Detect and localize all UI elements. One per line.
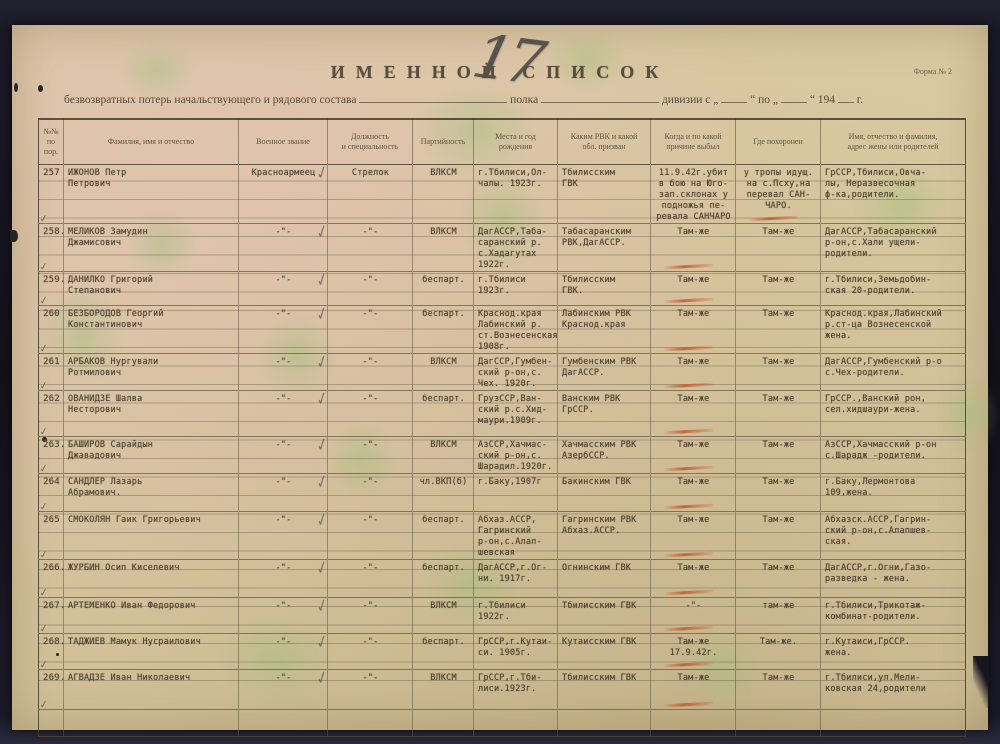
red-pencil-mark [664,345,713,351]
blank-line [541,91,659,103]
cell-text: беспарт. [417,563,470,574]
column-header-rank: Военное звание [239,119,328,164]
cell-birth: Краснод.края Лабинский р. ст.Вознесенска… [474,305,558,353]
cell-rvk: Кутаисским ГВК [558,633,651,669]
cell-text: -"- [243,357,324,368]
cell-casualty: Там-же [651,305,736,353]
cell-text: Стрелок [332,168,409,179]
cell-casualty: Там-же [651,390,736,436]
cell-text: -"- [332,477,409,488]
cell-birth: г.Тбилиси 1923г. [474,271,558,305]
cell-position: -"-✓ [328,390,413,436]
cell-text: ТАДЖИЕВ Мамук Нусраилович [68,637,235,648]
cell-casualty: Там-же [651,511,736,559]
cell-birth: ГрССР,г.Тби- лиси.1923г. [474,669,558,709]
cell-text: Там-же [655,394,732,405]
pencil-check-icon: ✓ [39,425,48,436]
cell-party: ВЛКСМ [413,597,474,633]
cell-name: МЕЛИКОВ Замудин Джамисович [64,223,239,271]
cell-text: Красноармеец [243,168,324,179]
cell-text: Табасаранским РВК,ДагАССР. [562,227,647,249]
paper-speck [14,83,18,92]
table-row: 258.✓МЕЛИКОВ Замудин Джамисович-"--"-✓ВЛ… [39,223,966,271]
cell-burial: Там-же [736,353,821,390]
cell-rank: -"- [239,511,328,559]
cell-text: ВЛКСМ [417,440,470,451]
cell-text: Там-же. [740,637,817,648]
cell-text: 263. [43,440,60,451]
cell-text: Кутаисским ГВК [562,637,647,648]
cell-family: ДагАССР,Гумбенский р-о с.Чех-родители. [821,353,966,390]
cell-text: 257 [43,168,60,179]
cell-text: -"- [332,601,409,612]
cell-text: ОВАНИДЗЕ Шалва Несторович [68,394,235,416]
column-header-party: Партийность [413,119,474,164]
cell-name: АРБАКОВ Нургували Ротмилович [64,353,239,390]
cell-text: Огнинским ГВК [562,563,647,574]
cell-text: Там-же [655,515,732,526]
cell-text: Тбилисским ГВК [562,601,647,612]
cell-num: 260✓ [39,305,64,353]
cell-casualty: Там-же [651,473,736,511]
cell-text: Тбилисским ГВК. [562,275,647,297]
cell-birth: г.Тбилиси,Ол- чалы. 1923г. [474,164,558,223]
cell-text: 261 [43,357,60,368]
cell-position: -"-✓ [328,305,413,353]
cell-text: -"- [243,227,324,238]
cell-text: беспарт. [417,275,470,286]
cell-text: -"- [332,309,409,320]
handwritten-page-number: 17 [466,22,546,98]
cell-position: Стрелок✓ [328,164,413,223]
cell-birth: ГрССР,г.Кутаи- си. 1905г. [474,633,558,669]
cell-rank: -"- [239,390,328,436]
cell-burial: Там-же [736,669,821,709]
cell-party: беспарт. [413,633,474,669]
column-header-name: Фамилия, имя и отчество [64,119,239,164]
cell-name: БАШИРОВ Сарайдын Джавадович [64,436,239,473]
cell-family: г.Баку,Лермонтова 109,жена. [821,473,966,511]
cell-burial: Там-же [736,473,821,511]
cell-text: Абхазск.АССР,Гагрин- ский р-он,с.Алапшев… [825,515,962,548]
cell-text: ВЛКСМ [417,357,470,368]
table-row: 257✓ИЖОНОВ Петр ПетровичКрасноармеецСтре… [39,164,966,223]
cell-casualty: Там-же [651,559,736,597]
column-header-casualty: Когда и по какой причине выбыл [651,119,736,164]
cell-text: 268. [43,637,60,648]
table-row: 264✓САНДЛЕР Лазарь Абрамович.-"--"-✓чл.В… [39,473,966,511]
cell-text: ДагАССР,Таба- саранский р. с.Хадагутах 1… [478,227,554,271]
cell-rank: -"- [239,223,328,271]
red-pencil-mark [664,589,713,595]
cell-text: Там-же [655,275,732,286]
cell-text: г.Тбилиси,Трикотаж- комбинат-родители. [825,601,962,623]
red-pencil-mark [664,625,713,631]
cell-burial: Там-же [736,305,821,353]
red-pencil-mark [664,701,713,707]
table-row: 259.✓ДАНИЛКО Григорий Степанович-"--"-✓б… [39,271,966,305]
cell-text: беспарт. [417,515,470,526]
cell-text: -"- [243,477,324,488]
cell-text: САНДЛЕР Лазарь Абрамович. [68,477,235,499]
pencil-check-icon: ✓ [39,622,48,633]
cell-text: у тропы идущ. на с.Псху,на перевал САН- … [740,168,817,212]
red-pencil-mark [664,428,713,434]
pencil-check-icon: ✓ [39,212,48,223]
cell-casualty: Там-же [651,436,736,473]
cell-text: Там-же [655,440,732,451]
cell-text: ГрузССР,Ван- ский р.с.Хид- маури.1909г. [478,394,554,427]
table-row: 266.✓ЖУРБИН Осип Киселевич-"--"-✓беспарт… [39,559,966,597]
cell-burial: Там-же. [736,633,821,669]
cell-casualty: Там-же [651,223,736,271]
cell-text: Хачмасским РВК АзербССР. [562,440,647,462]
cell-family: г.Тбилиси,Земьдобин- ская 20-родители. [821,271,966,305]
cell-position: -"-✓ [328,436,413,473]
subtitle-text: безвозвратных потерь начальствующего и р… [64,94,356,106]
cell-position: -"-✓ [328,669,413,709]
cell-text: АзССР,Хачмасский р-он с.Шарадж -родители… [825,440,962,462]
cell-text: АГВАДЗЕ Иван Николаевич [68,673,235,684]
cell-text: АРБАКОВ Нургували Ротмилович [68,357,235,379]
cell-rank: -"- [239,597,328,633]
cell-name: СМОКОЛЯН Гаик Григорьевич [64,511,239,559]
form-number-label: Форма № 2 [914,67,952,76]
cell-rvk: Тбилисским ГВК [558,597,651,633]
cell-birth: ГрузССР,Ван- ский р.с.Хид- маури.1909г. [474,390,558,436]
blank-line [359,91,507,103]
cell-text: г.Тбилиси,Земьдобин- ская 20-родители. [825,275,962,297]
cell-text: 265 [43,515,60,526]
cell-text: Лабинским РВК Краснод.края [562,309,647,331]
casualty-table-grid: №№ по пор. Фамилия, имя и отчество Военн… [38,118,966,737]
cell-rank: -"- [239,559,328,597]
pencil-check-icon: ✓ [39,342,48,353]
cell-empty [64,709,239,736]
cell-name: БЕЗБОРОДОВ Георгий Константинович [64,305,239,353]
cell-text: Там-же [740,515,817,526]
paper-speck [38,85,43,92]
blank-line [721,91,747,103]
cell-text: 258. [43,227,60,238]
cell-rvk: Гумбенским РВК ДагАССР. [558,353,651,390]
cell-text: -"- [243,673,324,684]
cell-empty [821,709,966,736]
column-header-position: Должность и специальность [328,119,413,164]
cell-text: -"- [332,227,409,238]
cell-empty [558,709,651,736]
cell-position: -"-✓ [328,559,413,597]
cell-text: 266. [43,563,60,574]
cell-rvk: Тбилисским ГВК. [558,271,651,305]
cell-text: -"- [243,601,324,612]
cell-text: Там-же [655,357,732,368]
cell-birth: АзССР,Хачмас- ский р-он,с. Шарадил.1920г… [474,436,558,473]
cell-position: -"-✓ [328,473,413,511]
cell-text: -"- [332,394,409,405]
cell-text: Там-же [740,394,817,405]
cell-burial: Там-же [736,390,821,436]
cell-num: 264✓ [39,473,64,511]
cell-rvk: Бакинским ГВК [558,473,651,511]
cell-name: ЖУРБИН Осип Киселевич [64,559,239,597]
cell-rank: Красноармеец [239,164,328,223]
cell-text: -"- [332,563,409,574]
pencil-check-icon: ✓ [39,500,48,511]
cell-position: -"-✓ [328,511,413,559]
cell-text: ВЛКСМ [417,168,470,179]
cell-num: 263.✓ [39,436,64,473]
cell-family: г.Тбилиси,Трикотаж- комбинат-родители. [821,597,966,633]
cell-text: ДагАССР,г.Огни,Газо- разведка - жена. [825,563,962,585]
page-title: ИМЕННОЙ СПИСОК [12,62,988,83]
cell-text: чл.ВКП(б) [417,477,470,488]
cell-text: Ванским РВК ГрССР. [562,394,647,416]
table-row: 263.✓БАШИРОВ Сарайдын Джавадович-"--"-✓В… [39,436,966,473]
cell-party: ВЛКСМ [413,353,474,390]
cell-num: 268.✓ [39,633,64,669]
cell-text: ВЛКСМ [417,601,470,612]
cell-rank: -"- [239,271,328,305]
cell-text: ИЖОНОВ Петр Петрович [68,168,235,190]
cell-text: ГрССР,Тбилиси,Овча- лы, Неразвесочная ф-… [825,168,962,201]
column-header-birth: Места и год рождения [474,119,558,164]
cell-text: ДагССР,Гумбен- ский р-он,с. Чех. 1920г. [478,357,554,390]
pencil-check-icon: ✓ [39,294,48,305]
cell-text: -"- [332,275,409,286]
cell-empty [413,709,474,736]
cell-position: -"-✓ [328,271,413,305]
cell-text: -"- [332,515,409,526]
cell-name: ТАДЖИЕВ Мамук Нусраилович [64,633,239,669]
cell-casualty: Там-же [651,669,736,709]
cell-casualty: 11.9.42г.убит в бою на Юго- зап.склонах … [651,164,736,223]
cell-empty [474,709,558,736]
red-pencil-mark [664,661,713,667]
cell-text: -"- [655,601,732,612]
cell-name: ОВАНИДЗЕ Шалва Несторович [64,390,239,436]
cell-text: -"- [243,394,324,405]
cell-num: 261✓ [39,353,64,390]
cell-text: -"- [332,637,409,648]
cell-text: 259. [43,275,60,286]
cell-text: там-же [740,601,817,612]
cell-name: САНДЛЕР Лазарь Абрамович. [64,473,239,511]
cell-text: -"- [332,673,409,684]
cell-text: г.Тбилиси 1922г. [478,601,554,623]
cell-casualty: Там-же [651,353,736,390]
cell-rank: -"- [239,305,328,353]
cell-party: беспарт. [413,305,474,353]
pencil-check-icon: ✓ [39,698,48,709]
cell-birth: ДагАССР,г.Ог- ни. 1917г. [474,559,558,597]
cell-rvk: Лабинским РВК Краснод.края [558,305,651,353]
cell-text: 264 [43,477,60,488]
cell-text: -"- [243,515,324,526]
cell-casualty: Там-же [651,271,736,305]
cell-text: Там-же [740,477,817,488]
cell-text: -"- [243,440,324,451]
cell-rvk: Тбилисским ГВК [558,669,651,709]
cell-text: АзССР,Хачмас- ский р-он,с. Шарадил.1920г… [478,440,554,473]
cell-party: ВЛКСМ [413,164,474,223]
cell-num: 266.✓ [39,559,64,597]
cell-text: ВЛКСМ [417,673,470,684]
cell-text: Там-же 17.9.42г. [655,637,732,659]
red-pencil-mark [664,297,713,303]
cell-text: -"- [243,275,324,286]
cell-rvk: Ванским РВК ГрССР. [558,390,651,436]
pencil-check-icon: ✓ [39,462,48,473]
cell-num: 267.✓ [39,597,64,633]
cell-text: Там-же [655,477,732,488]
cell-text: г.Тбилиси,Ол- чалы. 1923г. [478,168,554,190]
cell-text: беспарт. [417,394,470,405]
cell-burial: Там-же [736,436,821,473]
cell-text: Бакинским ГВК [562,477,647,488]
table-row: 268.✓ТАДЖИЕВ Мамук Нусраилович-"--"-✓бес… [39,633,966,669]
cell-family: ГрССР,Тбилиси,Овча- лы, Неразвесочная ф-… [821,164,966,223]
blank-line [781,91,807,103]
cell-text: Там-же [740,440,817,451]
cell-party: ВЛКСМ [413,669,474,709]
cell-party: ВЛКСМ [413,436,474,473]
cell-text: АРТЕМЕНКО Иван Федорович [68,601,235,612]
cell-birth: Абхаз.АССР, Гагринский р-он,с.Алап- шевс… [474,511,558,559]
cell-empty [328,709,413,736]
paper-speck [10,230,18,242]
subtitle-text-polka: полка [510,94,538,106]
subtitle-line: безвозвратных потерь начальствующего и р… [64,91,958,106]
red-pencil-mark [664,503,713,509]
cell-family: г.Кутаиси,ГрССР. жена. [821,633,966,669]
casualty-table: №№ по пор. Фамилия, имя и отчество Военн… [38,118,965,695]
cell-text: СМОКОЛЯН Гаик Григорьевич [68,515,235,526]
cell-empty [239,709,328,736]
cell-num: 262✓ [39,390,64,436]
cell-position: -"-✓ [328,597,413,633]
column-header-burial: Где похоронен [736,119,821,164]
cell-text: Там-же [740,673,817,684]
cell-text: Тбилисским ГВК [562,673,647,684]
table-row: 267.✓АРТЕМЕНКО Иван Федорович-"--"-✓ВЛКС… [39,597,966,633]
pencil-check-icon: ✓ [39,658,48,669]
red-pencil-mark [664,263,713,269]
cell-text: ДагАССР,г.Ог- ни. 1917г. [478,563,554,585]
cell-text: ЖУРБИН Осип Киселевич [68,563,235,574]
cell-text: беспарт. [417,309,470,320]
cell-text: Там-же [740,309,817,320]
cell-family: ГрССР.,Ванский рон, сел.хидшаури-жена. [821,390,966,436]
red-pencil-mark [664,382,713,388]
cell-rank: -"- [239,353,328,390]
cell-family: г.Тбилиси,ул.Мели- ковская 24,родители [821,669,966,709]
cell-rank: -"- [239,633,328,669]
pencil-check-icon: ✓ [39,548,48,559]
cell-text: ВЛКСМ [417,227,470,238]
cell-text: беспарт. [417,637,470,648]
cell-family: ДагАССР,Табасаранский р-он,с.Хали ущели-… [821,223,966,271]
cell-text: ГрССР,г.Кутаи- си. 1905г. [478,637,554,659]
cell-rank: -"- [239,473,328,511]
cell-name: ИЖОНОВ Петр Петрович [64,164,239,223]
cell-text: г.Баку,1907г [478,477,554,488]
cell-text: Гагринским РВК Абхаз.АССР. [562,515,647,537]
column-header-family: Имя, отчество и фамилия, адрес жены или … [821,119,966,164]
cell-text: г.Кутаиси,ГрССР. жена. [825,637,962,659]
pencil-check-icon: ✓ [39,586,48,597]
column-header-num: №№ по пор. [39,119,64,164]
table-row: 269.✓АГВАДЗЕ Иван Николаевич-"--"-✓ВЛКСМ… [39,669,966,709]
blank-line [838,91,854,103]
cell-position: -"-✓ [328,633,413,669]
cell-family: Абхазск.АССР,Гагрин- ский р-он,с.Алапшев… [821,511,966,559]
subtitle-text-year-suffix: г. [857,94,863,106]
cell-text: БАШИРОВ Сарайдын Джавадович [68,440,235,462]
subtitle-text-po: “ по „ [750,94,778,106]
cell-birth: г.Тбилиси 1922г. [474,597,558,633]
cell-text: Там-же [655,227,732,238]
cell-text: ДАНИЛКО Григорий Степанович [68,275,235,297]
cell-num: 269.✓ [39,669,64,709]
cell-casualty: -"- [651,597,736,633]
cell-text: Гумбенским РВК ДагАССР. [562,357,647,379]
cell-text: -"- [243,563,324,574]
cell-rank: -"- [239,669,328,709]
cell-rvk: Тбилисским ГВК [558,164,651,223]
cell-burial: у тропы идущ. на с.Псху,на перевал САН- … [736,164,821,223]
cell-burial: Там-же [736,223,821,271]
cell-text: -"- [332,440,409,451]
cell-burial: там-же [736,597,821,633]
cell-text: Там-же [740,275,817,286]
cell-text: 260 [43,309,60,320]
cell-burial: Там-же [736,271,821,305]
cell-text: -"- [243,309,324,320]
cell-burial: Там-же [736,511,821,559]
cell-text: ДагАССР,Табасаранский р-он,с.Хали ущели-… [825,227,962,260]
cell-rvk: Гагринским РВК Абхаз.АССР. [558,511,651,559]
red-pencil-mark [749,215,798,221]
cell-text: 262 [43,394,60,405]
cell-text: 269. [43,673,60,684]
cell-party: беспарт. [413,559,474,597]
cell-text: Там-же [655,309,732,320]
table-body: 257✓ИЖОНОВ Петр ПетровичКрасноармеецСтре… [39,164,966,736]
cell-text: ГрССР.,Ванский рон, сел.хидшаури-жена. [825,394,962,416]
cell-rvk: Табасаранским РВК,ДагАССР. [558,223,651,271]
cell-num: 259.✓ [39,271,64,305]
cell-empty [736,709,821,736]
red-pencil-mark [664,465,713,471]
table-row: 265✓СМОКОЛЯН Гаик Григорьевич-"--"-✓бесп… [39,511,966,559]
cell-num: 258.✓ [39,223,64,271]
cell-text: БЕЗБОРОДОВ Георгий Константинович [68,309,235,331]
pencil-check-icon: ✓ [39,260,48,271]
cell-text: МЕЛИКОВ Замудин Джамисович [68,227,235,249]
cell-empty [39,709,64,736]
cell-text: Там-же [740,227,817,238]
table-row: 262✓ОВАНИДЗЕ Шалва Несторович-"--"-✓бесп… [39,390,966,436]
cell-text: 267. [43,601,60,612]
cell-text: Тбилисским ГВК [562,168,647,190]
cell-text: Там-же [655,563,732,574]
cell-text: 11.9.42г.убит в бою на Юго- зап.склонах … [655,168,732,223]
cell-text: г.Тбилиси 1923г. [478,275,554,297]
cell-name: АРТЕМЕНКО Иван Федорович [64,597,239,633]
cell-text: -"- [332,357,409,368]
table-row: 261✓АРБАКОВ Нургували Ротмилович-"--"-✓В… [39,353,966,390]
